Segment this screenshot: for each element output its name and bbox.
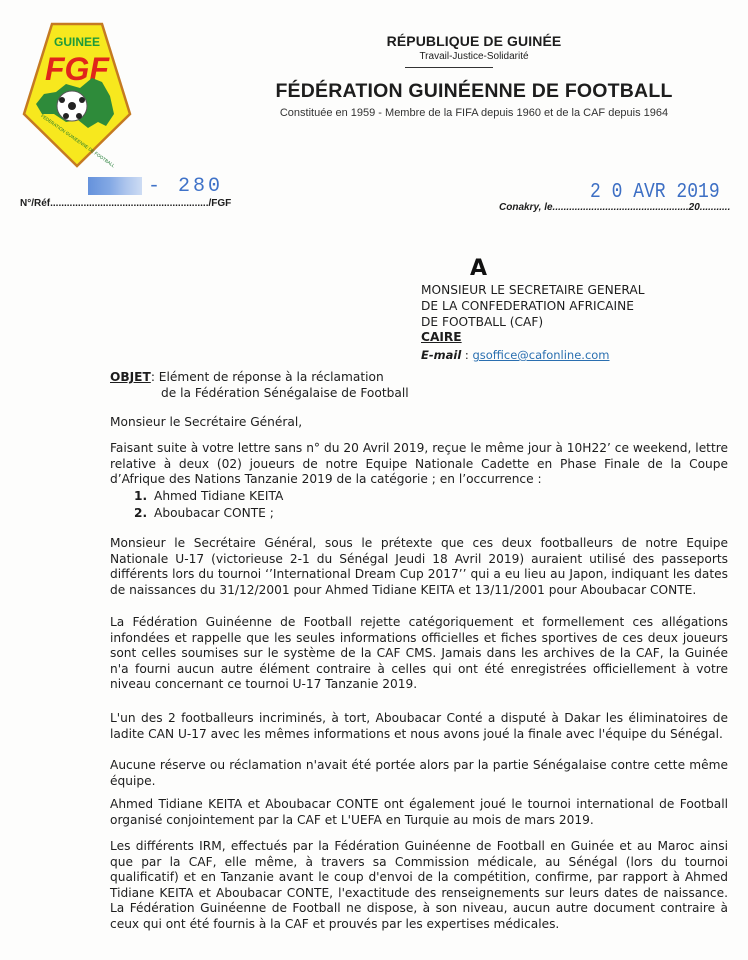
list-number: 1. bbox=[134, 488, 154, 505]
salutation: Monsieur le Secrétaire Général, bbox=[110, 415, 728, 431]
recipient-prefix: A bbox=[470, 256, 487, 281]
paragraph: Ahmed Tidiane KEITA et Aboubacar CONTE o… bbox=[110, 797, 728, 828]
stamp-smudge bbox=[88, 177, 142, 195]
svg-text:GUINEE: GUINEE bbox=[54, 35, 100, 49]
recipient-line: MONSIEUR LE SECRETAIRE GENERAL bbox=[421, 283, 645, 299]
fgf-logo-icon: GUINEE FGF FEDERATION GUINEENNE DE FOOTB… bbox=[22, 22, 132, 168]
player-list: 1.Ahmed Tidiane KEITA 2.Aboubacar CONTE … bbox=[134, 488, 283, 521]
paragraph: Monsieur le Secrétaire Général, sous le … bbox=[110, 536, 728, 598]
recipient-address: MONSIEUR LE SECRETAIRE GENERAL DE LA CON… bbox=[421, 283, 645, 346]
paragraph: Aucune réserve ou réclamation n'avait ét… bbox=[110, 758, 728, 789]
recipient-city: CAIRE bbox=[421, 330, 645, 346]
subject-label: OBJET bbox=[110, 370, 151, 384]
recipient-line: DE LA CONFEDERATION AFRICAINE bbox=[421, 299, 645, 315]
federation-constitution: Constituée en 1959 - Membre de la FIFA d… bbox=[200, 107, 748, 119]
email-label: E-mail bbox=[421, 348, 461, 362]
date-stamp: 2 0 AVR 2019 bbox=[590, 180, 720, 204]
player-name: Aboubacar CONTE ; bbox=[154, 506, 274, 520]
paragraph: Faisant suite à votre lettre sans n° du … bbox=[110, 441, 728, 488]
subject-line-1: : Elément de réponse à la réclamation bbox=[151, 370, 384, 384]
player-name: Ahmed Tidiane KEITA bbox=[154, 489, 283, 503]
republic-name: RÉPUBLIQUE DE GUINÉE bbox=[200, 33, 748, 49]
list-number: 2. bbox=[134, 505, 154, 522]
recipient-line: DE FOOTBALL (CAF) bbox=[421, 315, 645, 331]
subject: OBJET: Elément de réponse à la réclamati… bbox=[110, 370, 728, 401]
paragraph: L'un des 2 footballeurs incriminés, à to… bbox=[110, 711, 728, 742]
paragraph: La Fédération Guinéenne de Football reje… bbox=[110, 615, 728, 693]
email-separator: : bbox=[461, 348, 472, 362]
reference-stamp-number: - 280 bbox=[148, 175, 223, 198]
national-motto: Travail-Justice-Solidarité bbox=[200, 51, 748, 62]
list-item: 2.Aboubacar CONTE ; bbox=[134, 505, 283, 522]
email-link[interactable]: gsoffice@cafonline.com bbox=[472, 348, 609, 362]
paragraph: Les différents IRM, effectués par la Féd… bbox=[110, 839, 728, 933]
federation-name: FÉDÉRATION GUINÉENNE DE FOOTBALL bbox=[200, 80, 748, 103]
motto-divider bbox=[405, 67, 493, 68]
place-date-label: Conakry, le.............................… bbox=[499, 202, 730, 213]
reference-stamp: - 280 bbox=[88, 175, 223, 198]
list-item: 1.Ahmed Tidiane KEITA bbox=[134, 488, 283, 505]
recipient-email: E-mail : gsoffice@cafonline.com bbox=[421, 348, 610, 362]
reference-label: N°/Réf..................................… bbox=[20, 198, 231, 209]
subject-line-2: de la Fédération Sénégalaise de Football bbox=[110, 386, 728, 402]
